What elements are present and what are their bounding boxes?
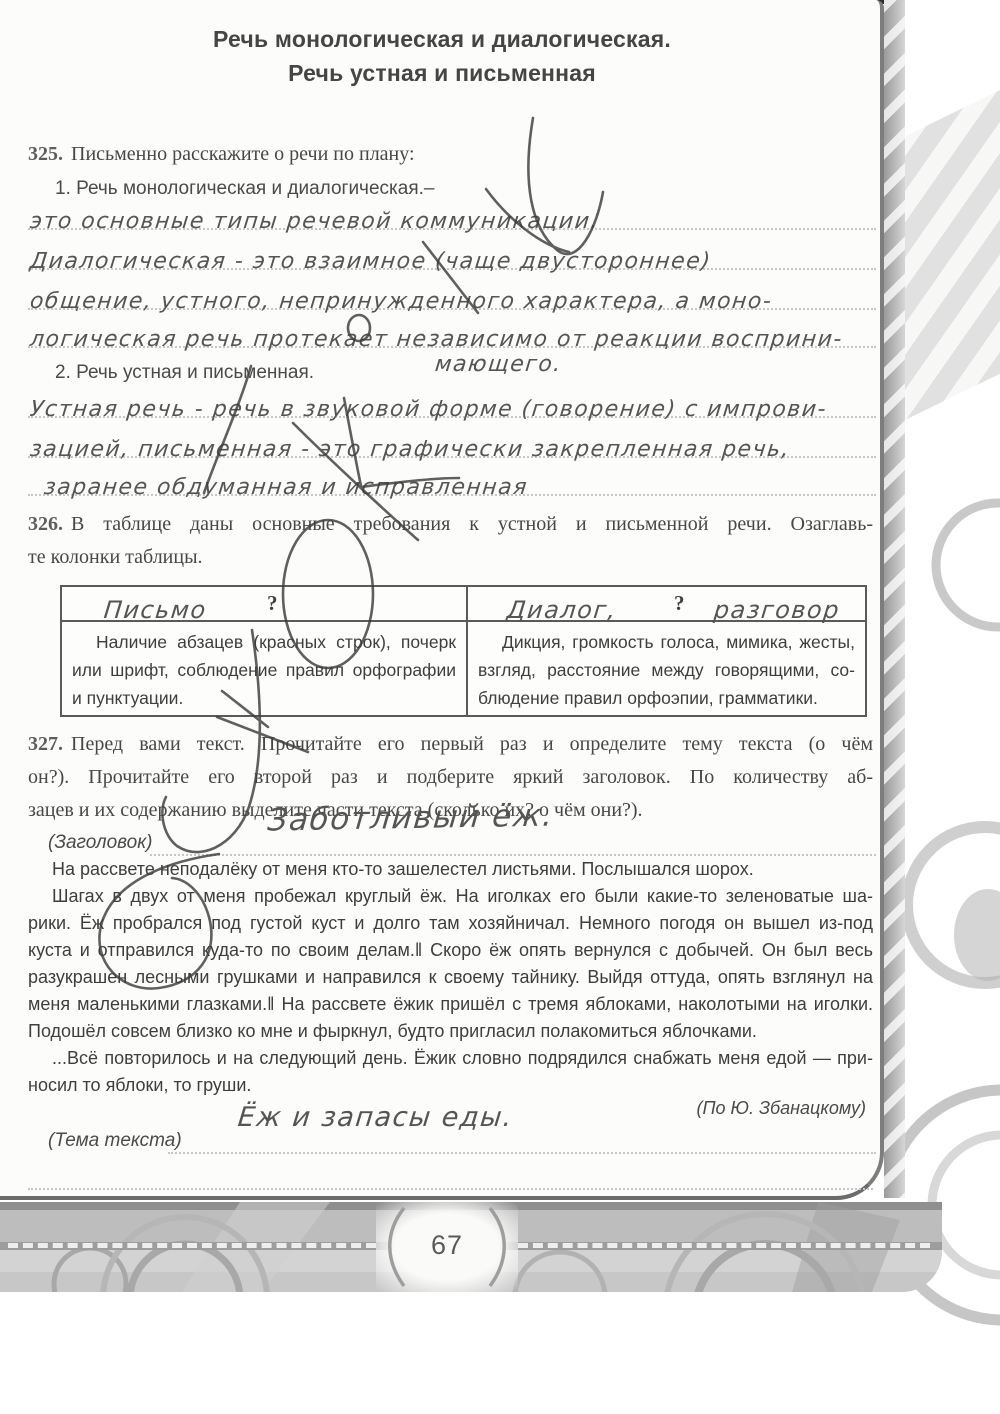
handwritten-answer-overflow: мающего. <box>434 352 564 377</box>
exercise-326-task-line2: те колонки таблицы. <box>28 541 873 574</box>
answer-line-4: логическая речь протекает независимо от … <box>28 308 876 348</box>
story-line: Шагах в двух от меня пробежал круглый ёж… <box>28 885 873 907</box>
table-header-row: Письмо ? Диалог, ? разговор <box>62 587 865 622</box>
handwritten-answer: логическая речь протекает независимо от … <box>29 327 845 352</box>
page-edge-stripes <box>884 0 905 1198</box>
exercise-325-task: 325.Письменно расскажите о речи по плану… <box>28 138 873 171</box>
handwritten-theme: Ёж и запасы еды. <box>236 1102 514 1133</box>
handwritten-column-title-left: Письмо <box>103 596 209 624</box>
table-cell-line: Дикция, громкость голоса, мимика, жесты, <box>478 628 855 656</box>
chapter-title: Речь монологическая и диалогическая. Реч… <box>0 22 884 90</box>
table-cell-line: и пунктуации. <box>72 684 456 712</box>
answer-line-3: общение, устного, непринужденного характ… <box>28 270 876 310</box>
answer-line-7: заранее обдуманная и исправленная <box>28 456 876 496</box>
exercise-327-task-text1: Перед вами текст. Прочитайте его первый … <box>71 733 873 755</box>
page-number: 67 <box>376 1230 518 1261</box>
story-line: куста и отправился куда-то по своим дела… <box>28 939 873 961</box>
table-cell-line: Наличие абзацев (красных строк), почерк <box>72 628 456 656</box>
story-line: ...Всё повторилось и на следующий день. … <box>28 1047 873 1069</box>
story-line: рики. Ёж пробрался под густой куст и дол… <box>28 912 873 934</box>
exercise-326-task-line1: 326.В таблице даны основные требования к… <box>28 508 873 541</box>
exercise-325-number: 325. <box>28 143 63 165</box>
exercise-326-task-text1: В таблице даны основные требования к уст… <box>71 513 873 535</box>
chapter-title-line2: Речь устная и письменная <box>0 56 884 90</box>
theme-label: (Тема текста) <box>48 1130 182 1152</box>
table-cell-line: взгляд, расстояние между говорящими, со- <box>478 656 855 684</box>
page-edge-shading <box>884 0 905 1198</box>
exercise-326-number: 326. <box>28 513 63 535</box>
handwritten-answer: заранее обдуманная и исправленная <box>43 475 530 500</box>
table-cell-line: или шрифт, соблюдение правил орфографии <box>72 656 456 684</box>
scanned-workbook-page: Речь монологическая и диалогическая. Реч… <box>0 0 1000 1414</box>
chapter-title-line1: Речь монологическая и диалогическая. <box>0 22 884 56</box>
band-dashed-rule-left <box>8 1243 376 1248</box>
requirements-table: Письмо ? Диалог, ? разговор Наличие абза… <box>60 585 867 717</box>
exercise-327-number: 327. <box>28 733 63 755</box>
story-line: На рассвете неподалёку от меня кто-то за… <box>28 858 873 880</box>
handwritten-heading: Заботливый ёж. <box>266 798 555 839</box>
story-line: меня маленькими глазками.‖ На рассвете ё… <box>28 993 873 1015</box>
answer-line-2: Диалогическая - это взаимное (чаще двуст… <box>28 230 876 270</box>
exercise-325-task-text: Письменно расскажите о речи по плану: <box>71 143 415 165</box>
exercise-327-task-line2: он?). Прочитайте его второй раз и подбер… <box>28 761 873 794</box>
page-sheet: Речь монологическая и диалогическая. Реч… <box>0 0 884 1200</box>
printed-question-mark-right: ? <box>674 591 685 616</box>
footer-band: 67 <box>0 1202 942 1292</box>
handwritten-column-title-right: Диалог, <box>506 596 619 624</box>
table-cell-oral-speech: Дикция, громкость голоса, мимика, жесты,… <box>478 628 855 712</box>
margin-rings <box>905 503 1000 1320</box>
story-line: носил то яблоки, то груши. <box>28 1074 873 1096</box>
table-cell-line: блюдение правил орфоэпии, грамматики. <box>478 684 855 712</box>
attribution: (По Ю. Збанацкому) <box>697 1098 867 1119</box>
story-line: Подошёл совсем близко ко мне и фыркнул, … <box>28 1020 873 1042</box>
answer-line-5: Устная речь - речь в звуковой форме (гов… <box>28 378 876 418</box>
handwritten-column-title-right2: разговор <box>713 596 842 624</box>
story-line: разукрашен лесными грушками и направился… <box>28 966 873 988</box>
answer-line-1: это основные типы речевой коммуникации. <box>28 190 876 230</box>
heading-label: (Заголовок) <box>48 832 153 854</box>
table-cell-written-speech: Наличие абзацев (красных строк), почерк … <box>72 628 456 712</box>
band-dashed-rule-right <box>518 1243 930 1248</box>
printed-question-mark-left: ? <box>267 591 278 616</box>
empty-answer-line <box>28 1160 873 1190</box>
answer-line-6: зацией, письменная - это графически закр… <box>28 418 876 458</box>
exercise-327-task-line1: 327.Перед вами текст. Прочитайте его пер… <box>28 728 873 761</box>
